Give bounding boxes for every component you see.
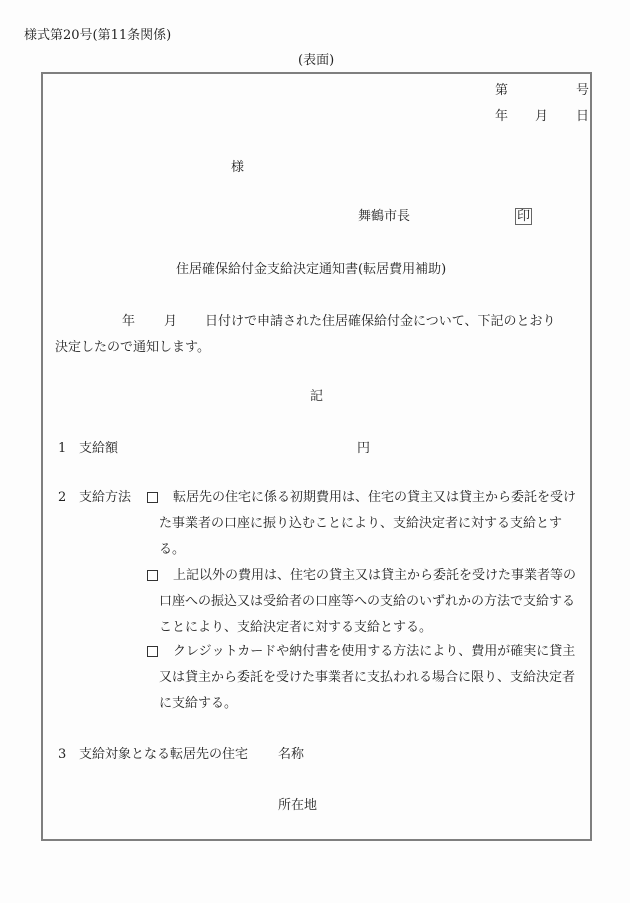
item1-number: 1 (58, 442, 66, 455)
seal-icon: 印 (515, 208, 532, 225)
checkbox-icon[interactable] (147, 646, 158, 657)
option1-line1: 転居先の住宅に係る初期費用は、住宅の貸主又は貸主から委託を受け (173, 491, 576, 504)
option2-line2: 口座への振込又は受給者の口座等への支給のいずれかの方法で支給する (159, 595, 575, 608)
body-text-line2: 決定したので通知します。 (55, 341, 210, 354)
item3-label: 支給対象となる転居先の住宅 (79, 748, 248, 761)
addressee-suffix: 様 (231, 161, 244, 174)
option2-line3: ことにより、支給決定者に対する支給とする。 (159, 621, 432, 634)
date-day-label: 日 (576, 110, 589, 123)
side-label: (表面) (298, 54, 334, 67)
body-month-label: 月 (164, 315, 177, 328)
item3-number: 3 (58, 748, 66, 761)
seal-mark: 印 (515, 208, 532, 225)
option3-checkbox[interactable] (147, 646, 158, 660)
checkbox-icon[interactable] (147, 570, 158, 581)
notice-number-suffix: 号 (576, 84, 589, 97)
document-frame (41, 72, 592, 841)
item2-label: 支給方法 (79, 491, 131, 504)
ki-heading: 記 (310, 390, 323, 403)
item3-name-label: 名称 (278, 748, 304, 761)
notice-number-prefix: 第 (495, 84, 508, 97)
body-year-label: 年 (122, 315, 135, 328)
option3-line1: クレジットカードや納付書を使用する方法により、費用が確実に貸主 (173, 645, 575, 658)
option2-checkbox[interactable] (147, 570, 158, 584)
option1-line2: た事業者の口座に振り込むことにより、支給決定者に対する支給とす (159, 517, 562, 530)
item3-address-label: 所在地 (278, 799, 317, 812)
body-text-line1: 日付けで申請された住居確保給付金について、下記のとおり (205, 315, 555, 328)
option2-line1: 上記以外の費用は、住宅の貸主又は貸主から委託を受けた事業者等の (173, 569, 576, 582)
item1-unit: 円 (357, 442, 370, 455)
date-year-label: 年 (495, 110, 508, 123)
document-title: 住居確保給付金支給決定通知書(転居費用補助) (176, 263, 446, 276)
option3-line2: 又は貸主から委託を受けた事業者に支払われる場合に限り、支給決定者 (159, 671, 575, 684)
item2-number: 2 (58, 491, 66, 504)
checkbox-icon[interactable] (147, 492, 158, 503)
option3-line3: に支給する。 (159, 697, 237, 710)
item1-label: 支給額 (79, 442, 118, 455)
option1-checkbox[interactable] (147, 492, 158, 506)
date-month-label: 月 (535, 110, 548, 123)
issuer-name: 舞鶴市長 (358, 210, 410, 223)
form-number: 様式第20号(第11条関係) (24, 29, 171, 42)
option1-line3: る。 (159, 543, 185, 556)
